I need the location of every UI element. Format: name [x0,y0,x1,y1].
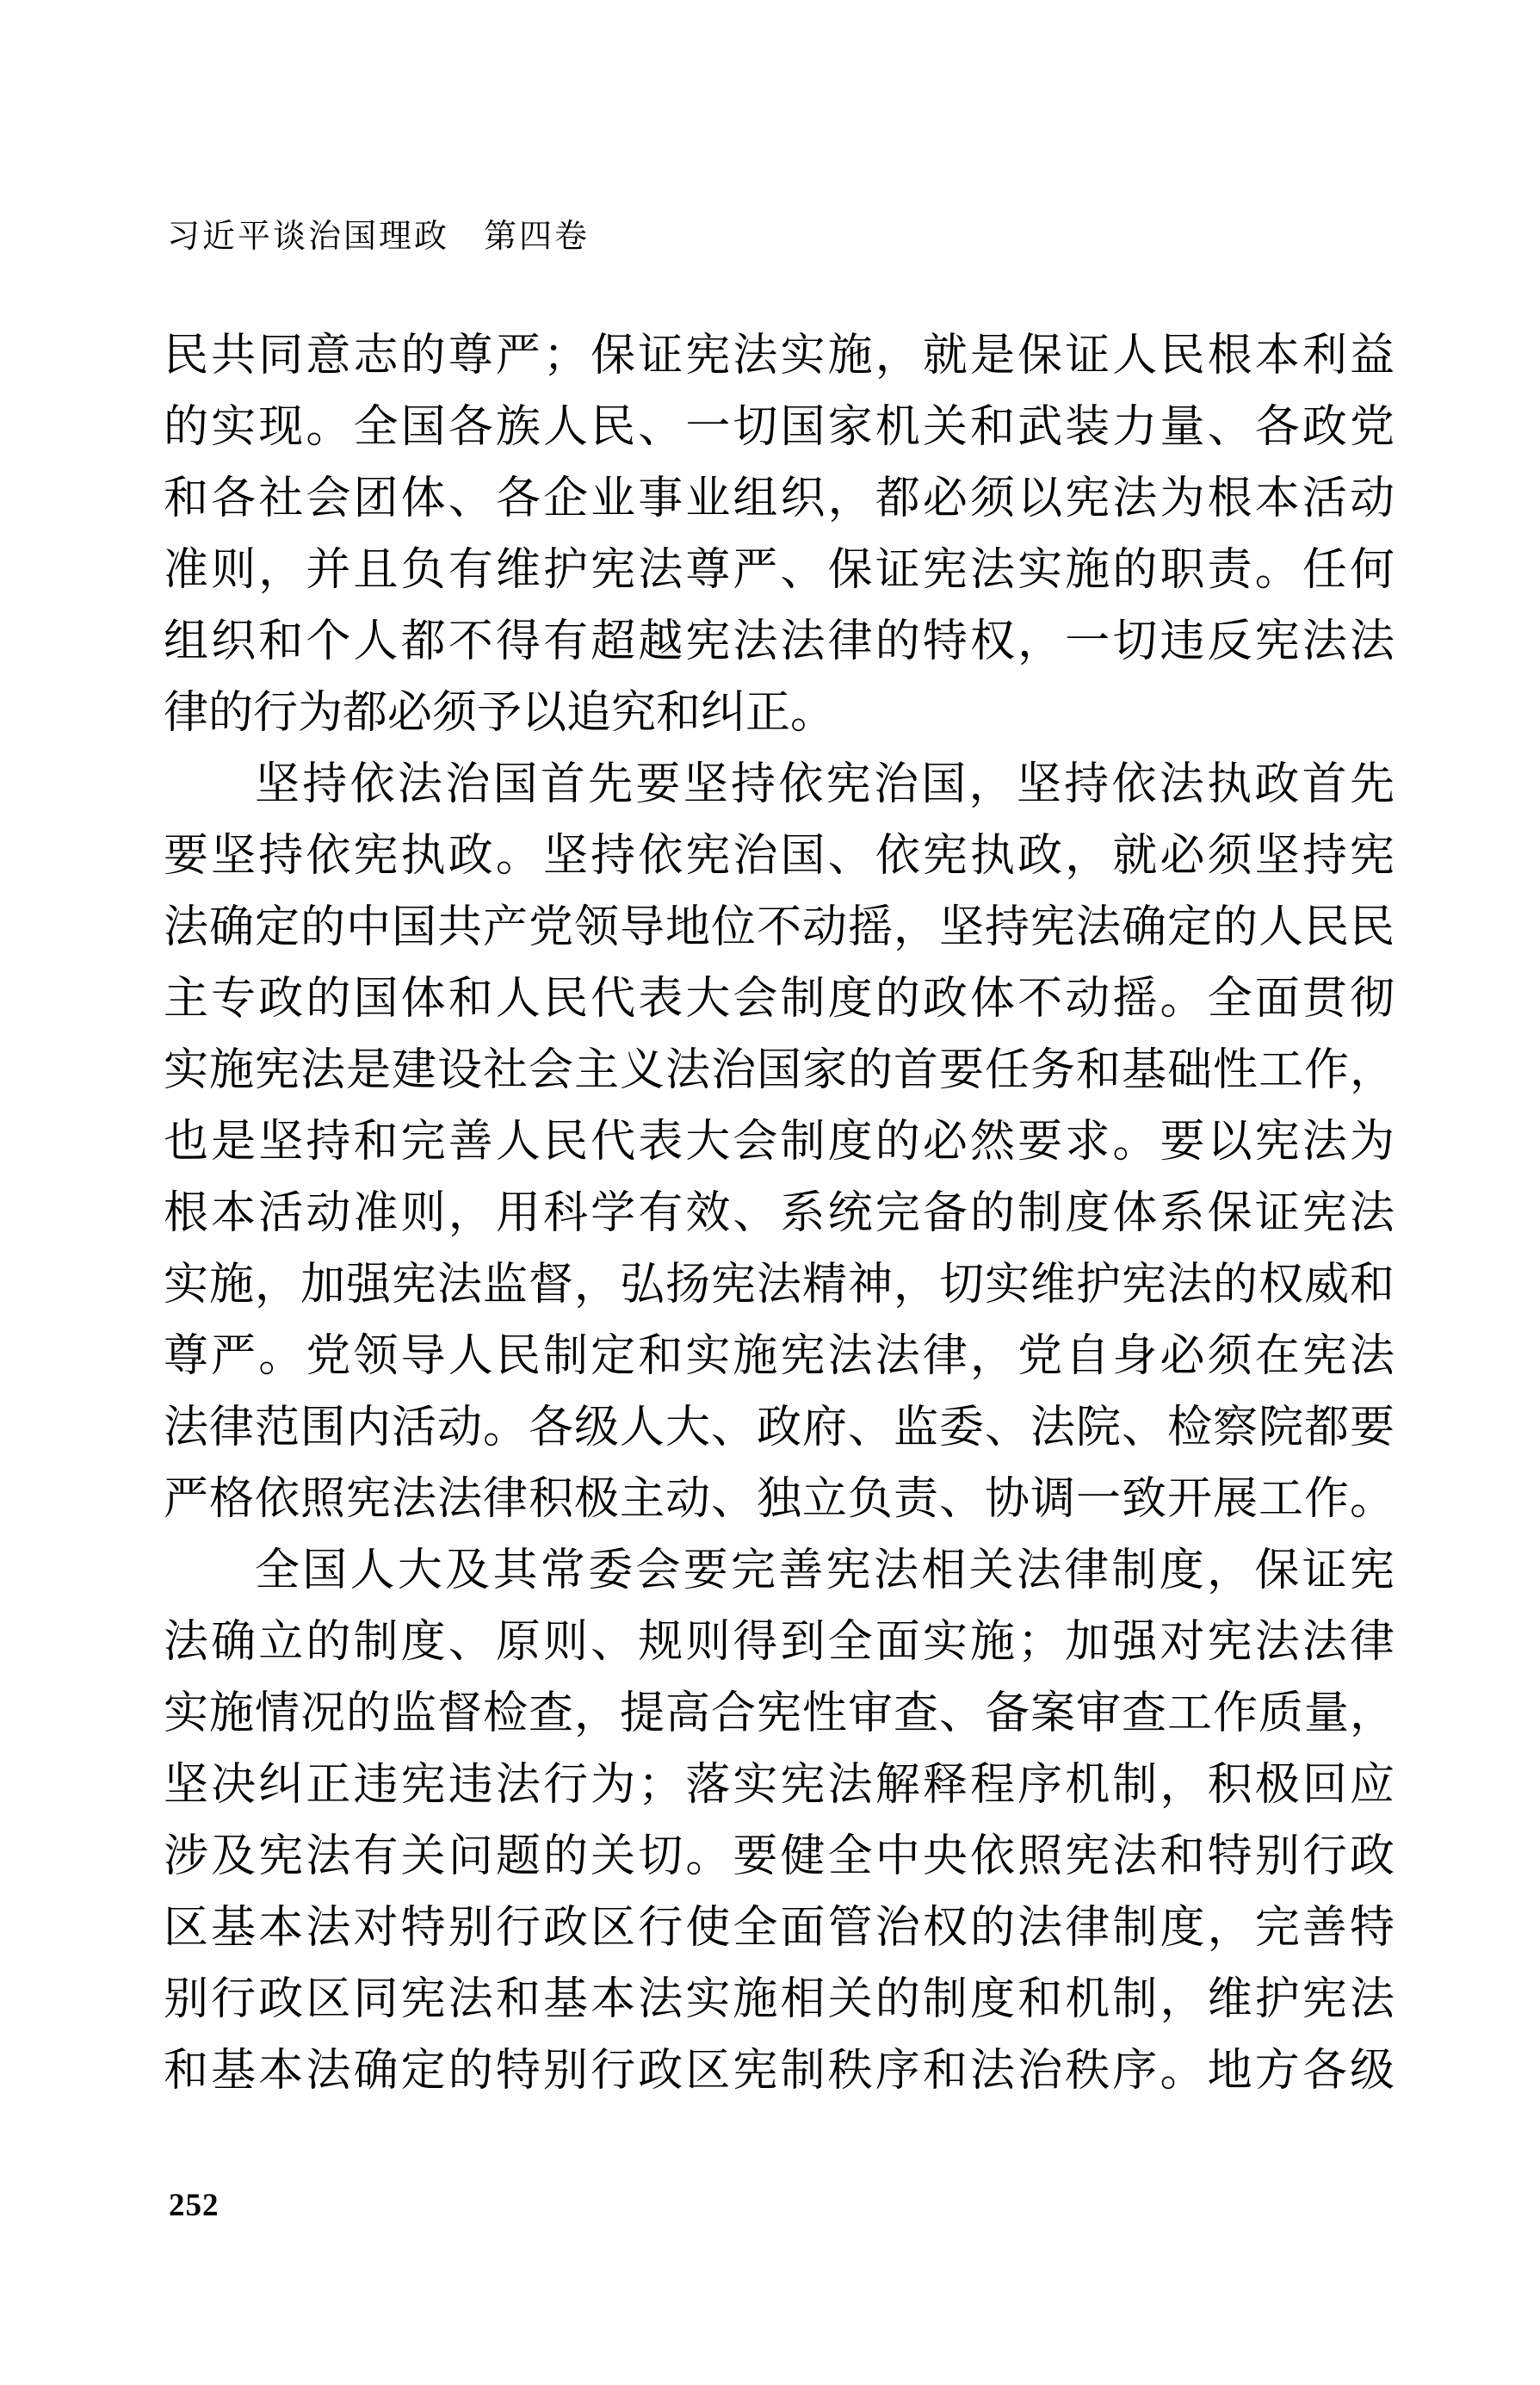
body-line: 律的行为都必须予以追究和纠正。 [164,678,1395,749]
page-number: 252 [169,2187,220,2224]
body-line: 坚决纠正违宪违法行为；落实宪法解释程序机制，积极回应 [164,1750,1395,1821]
body-line: 尊严。党领导人民制定和实施宪法法律，党自身必须在宪法 [164,1321,1395,1392]
body-line: 和各社会团体、各企业事业组织，都必须以宪法为根本活动 [164,463,1395,535]
body-line: 要坚持依宪执政。坚持依宪治国、依宪执政，就必须坚持宪 [164,821,1395,892]
body-line: 实施情况的监督检查，提高合宪性审查、备案审查工作质量， [164,1678,1395,1750]
running-head-volume: 第四卷 [484,209,590,257]
body-line: 主专政的国体和人民代表大会制度的政体不动摇。全面贯彻 [164,963,1395,1035]
body-line: 民共同意志的尊严；保证宪法实施，就是保证人民根本利益 [164,320,1395,392]
body-line: 的实现。全国各族人民、一切国家机关和武装力量、各政党 [164,392,1395,463]
body-line: 实施，加强宪法监督，弘扬宪法精神，切实维护宪法的权威和 [164,1249,1395,1321]
body-line: 准则，并且负有维护宪法尊严、保证宪法实施的职责。任何 [164,535,1395,606]
body-line: 实施宪法是建设社会主义法治国家的首要任务和基础性工作， [164,1035,1395,1106]
body-line: 严格依照宪法法律积极主动、独立负责、协调一致开展工作。 [164,1464,1395,1535]
body-line: 别行政区同宪法和基本法实施相关的制度和机制，维护宪法 [164,1964,1395,2035]
body-line: 法确立的制度、原则、规则得到全面实施；加强对宪法法律 [164,1607,1395,1678]
body-line: 区基本法对特别行政区行使全面管治权的法律制度，完善特 [164,1893,1395,1964]
body-line: 也是坚持和完善人民代表大会制度的必然要求。要以宪法为 [164,1106,1395,1178]
body-text: 民共同意志的尊严；保证宪法实施，就是保证人民根本利益 的实现。全国各族人民、一切… [164,320,1395,2107]
body-line: 根本活动准则，用科学有效、系统完备的制度体系保证宪法 [164,1178,1395,1249]
running-head-title: 习近平谈治国理政 [167,209,449,257]
body-line: 法确定的中国共产党领导地位不动摇，坚持宪法确定的人民民 [164,892,1395,963]
body-line: 涉及宪法有关问题的关切。要健全中央依照宪法和特别行政 [164,1821,1395,1893]
body-line: 组织和个人都不得有超越宪法法律的特权，一切违反宪法法 [164,606,1395,678]
body-line: 法律范围内活动。各级人大、政府、监委、法院、检察院都要 [164,1392,1395,1464]
book-page: 习近平谈治国理政 第四卷 民共同意志的尊严；保证宪法实施，就是保证人民根本利益 … [0,0,1540,2385]
body-line: 全国人大及其常委会要完善宪法相关法律制度，保证宪 [164,1535,1395,1607]
body-line: 和基本法确定的特别行政区宪制秩序和法治秩序。地方各级 [164,2035,1395,2107]
running-head: 习近平谈治国理政 第四卷 [167,209,590,257]
body-line: 坚持依法治国首先要坚持依宪治国，坚持依法执政首先 [164,749,1395,821]
